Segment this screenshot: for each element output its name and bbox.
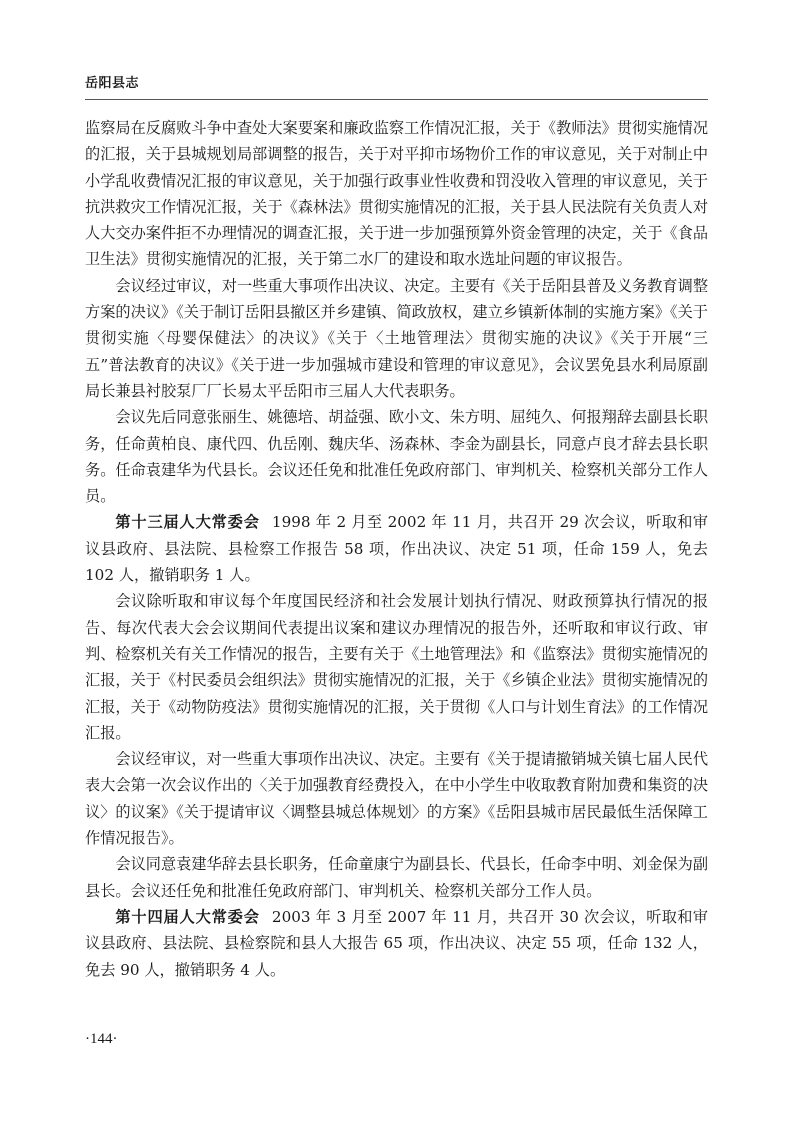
page-number: ·144·	[85, 1030, 118, 1048]
header-divider	[85, 99, 708, 100]
paragraph-5: 会议除听取和审议每个年度国民经济和社会发展计划执行情况、财政预算执行情况的报告、…	[85, 588, 708, 746]
paragraph-2: 会议经过审议，对一些重大事项作出决议、决定。主要有《关于岳阳县普及义务教育调整方…	[85, 273, 708, 404]
paragraph-4: 第十三届人大常委会1998 年 2 月至 2002 年 11 月，共召开 29 …	[85, 509, 708, 588]
paragraph-text: 监察局在反腐败斗争中查处大案要案和廉政监察工作情况汇报，关于《教师法》贯彻实施情…	[85, 119, 708, 268]
paragraph-7: 会议同意袁建华辞去县长职务，任命童康宁为副县长、代县长，任命李中明、刘金保为副县…	[85, 851, 708, 904]
paragraph-text: 会议除听取和审议每个年度国民经济和社会发展计划执行情况、财政预算执行情况的报告、…	[85, 592, 708, 741]
paragraph-6: 会议经审议，对一些重大事项作出决议、决定。主要有《关于提请撤销城关镇七届人民代表…	[85, 746, 708, 851]
paragraph-3: 会议先后同意张丽生、姚德培、胡益强、欧小文、朱方明、屈纯久、何报翔辞去副县长职务…	[85, 404, 708, 509]
document-body: 监察局在反腐败斗争中查处大案要案和廉政监察工作情况汇报，关于《教师法》贯彻实施情…	[85, 115, 708, 983]
paragraph-text: 会议经审议，对一些重大事项作出决议、决定。主要有《关于提请撤销城关镇七届人民代表…	[85, 750, 708, 847]
running-header-book-title: 岳阳县志	[85, 76, 708, 92]
paragraph-text: 会议先后同意张丽生、姚德培、胡益强、欧小文、朱方明、屈纯久、何报翔辞去副县长职务…	[85, 408, 708, 505]
paragraph-8: 第十四届人大常委会2003 年 3 月至 2007 年 11 月，共召开 30 …	[85, 904, 708, 983]
paragraph-text: 会议同意袁建华辞去县长职务，任命童康宁为副县长、代县长，任命李中明、刘金保为副县…	[85, 855, 708, 899]
section-lead-heading: 第十三届人大常委会	[115, 513, 259, 531]
paragraph-1: 监察局在反腐败斗争中查处大案要案和廉政监察工作情况汇报，关于《教师法》贯彻实施情…	[85, 115, 708, 273]
paragraph-text: 会议经过审议，对一些重大事项作出决议、决定。主要有《关于岳阳县普及义务教育调整方…	[85, 277, 708, 400]
section-lead-heading: 第十四届人大常委会	[115, 908, 259, 926]
